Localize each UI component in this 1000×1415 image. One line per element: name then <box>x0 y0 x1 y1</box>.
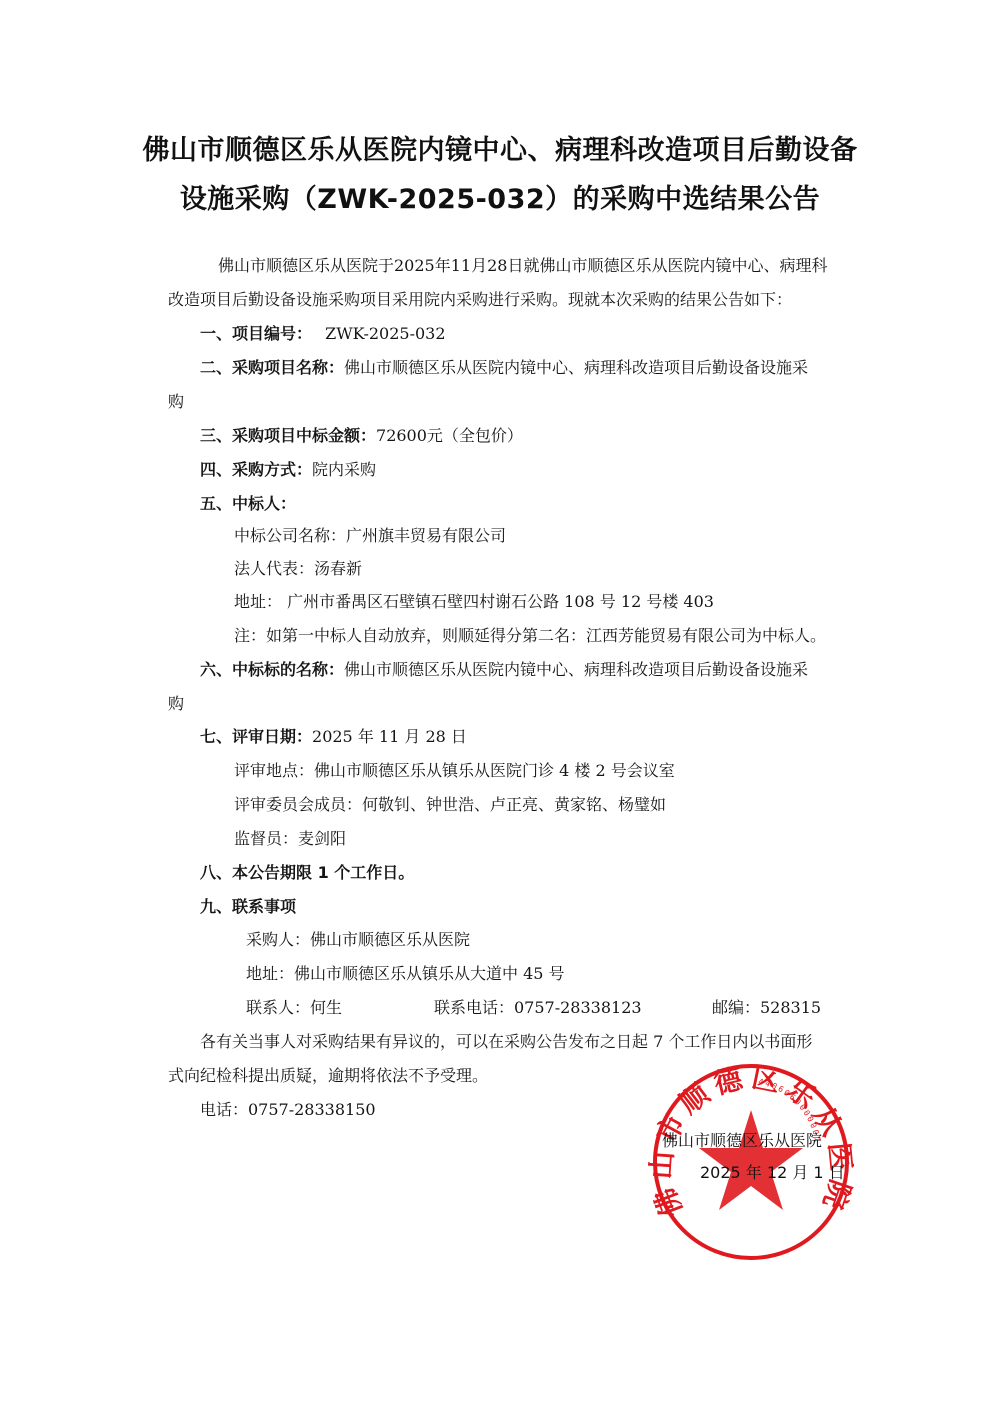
winner-note: 注：如第一中标人自动放弃，则顺延得分第二名：江西芳能贸易有限公司为中标人。 <box>234 626 826 646</box>
section-1: 一、项目编号： ZWK-2025-032 <box>200 324 446 344</box>
objection-line-2: 式向纪检科提出质疑，逾期将依法不予受理。 <box>168 1066 488 1086</box>
section-1-label: 一、项目编号： <box>200 324 312 343</box>
section-7-label: 七、评审日期： <box>200 727 312 746</box>
contact-phone: 联系电话：0757-28338123 <box>434 998 642 1018</box>
contact-person: 联系人：何生 <box>246 998 342 1018</box>
winner-legal-rep: 法人代表：汤春新 <box>234 559 362 579</box>
objection-line-1: 各有关当事人对采购结果有异议的，可以在采购公告发布之日起 7 个工作日内以书面形 <box>200 1032 812 1052</box>
section-6-value: 佛山市顺德区乐从医院内镜中心、病理科改造项目后勤设备设施采 <box>344 660 808 679</box>
section-6-label: 六、中标标的名称： <box>200 660 344 679</box>
section-4-label: 四、采购方式： <box>200 460 312 479</box>
section-2-wrap: 购 <box>168 392 184 412</box>
intro-line-1: 佛山市顺德区乐从医院于2025年11月28日就佛山市顺德区乐从医院内镜中心、病理… <box>218 256 827 276</box>
section-7: 七、评审日期：2025 年 11 月 28 日 <box>200 727 467 747</box>
winner-address: 地址： 广州市番禺区石壁镇石壁四村谢石公路 108 号 12 号楼 403 <box>234 592 714 612</box>
section-2-value: 佛山市顺德区乐从医院内镜中心、病理科改造项目后勤设备设施采 <box>344 358 808 377</box>
section-6: 六、中标标的名称：佛山市顺德区乐从医院内镜中心、病理科改造项目后勤设备设施采 <box>200 660 808 680</box>
section-2-label: 二、采购项目名称： <box>200 358 344 377</box>
contact-address: 地址：佛山市顺德区乐从镇乐从大道中 45 号 <box>246 964 565 984</box>
section-9-label: 九、联系事项 <box>200 897 296 917</box>
section-2: 二、采购项目名称：佛山市顺德区乐从医院内镜中心、病理科改造项目后勤设备设施采 <box>200 358 808 378</box>
section-5-label: 五、中标人： <box>200 494 296 514</box>
signature-date: 2025 年 12 月 1 日 <box>700 1160 845 1183</box>
contact-purchaser: 采购人：佛山市顺德区乐从医院 <box>246 930 470 950</box>
section-1-value: ZWK-2025-032 <box>325 324 445 343</box>
review-date: 2025 年 11 月 28 日 <box>312 727 467 746</box>
section-4: 四、采购方式：院内采购 <box>200 460 376 480</box>
section-8: 八、本公告期限 1 个工作日。 <box>200 863 414 883</box>
signature-org: 佛山市顺德区乐从医院 <box>662 1128 822 1151</box>
footer-phone: 电话：0757-28338150 <box>200 1100 376 1120</box>
review-supervisor: 监督员：麦剑阳 <box>234 829 346 849</box>
winner-company: 中标公司名称：广州旗丰贸易有限公司 <box>234 526 506 546</box>
title-line-1: 佛山市顺德区乐从医院内镜中心、病理科改造项目后勤设备 <box>0 128 1000 167</box>
section-3: 三、采购项目中标金额：72600元（全包价） <box>200 426 523 446</box>
section-3-label: 三、采购项目中标金额： <box>200 426 376 445</box>
contact-postcode: 邮编：528315 <box>712 998 821 1018</box>
section-6-wrap: 购 <box>168 694 184 714</box>
section-3-value: 72600元（全包价） <box>376 426 523 445</box>
section-4-value: 院内采购 <box>312 460 376 479</box>
review-committee: 评审委员会成员：何敬钊、钟世浩、卢正亮、黄家铭、杨璧如 <box>234 795 666 815</box>
title-line-2: 设施采购（ZWK-2025-032）的采购中选结果公告 <box>0 177 1000 216</box>
intro-line-2: 改造项目后勤设备设施采购项目采用院内采购进行采购。现就本次采购的结果公告如下： <box>168 290 792 310</box>
review-location: 评审地点：佛山市顺德区乐从镇乐从医院门诊 4 楼 2 号会议室 <box>234 761 675 781</box>
